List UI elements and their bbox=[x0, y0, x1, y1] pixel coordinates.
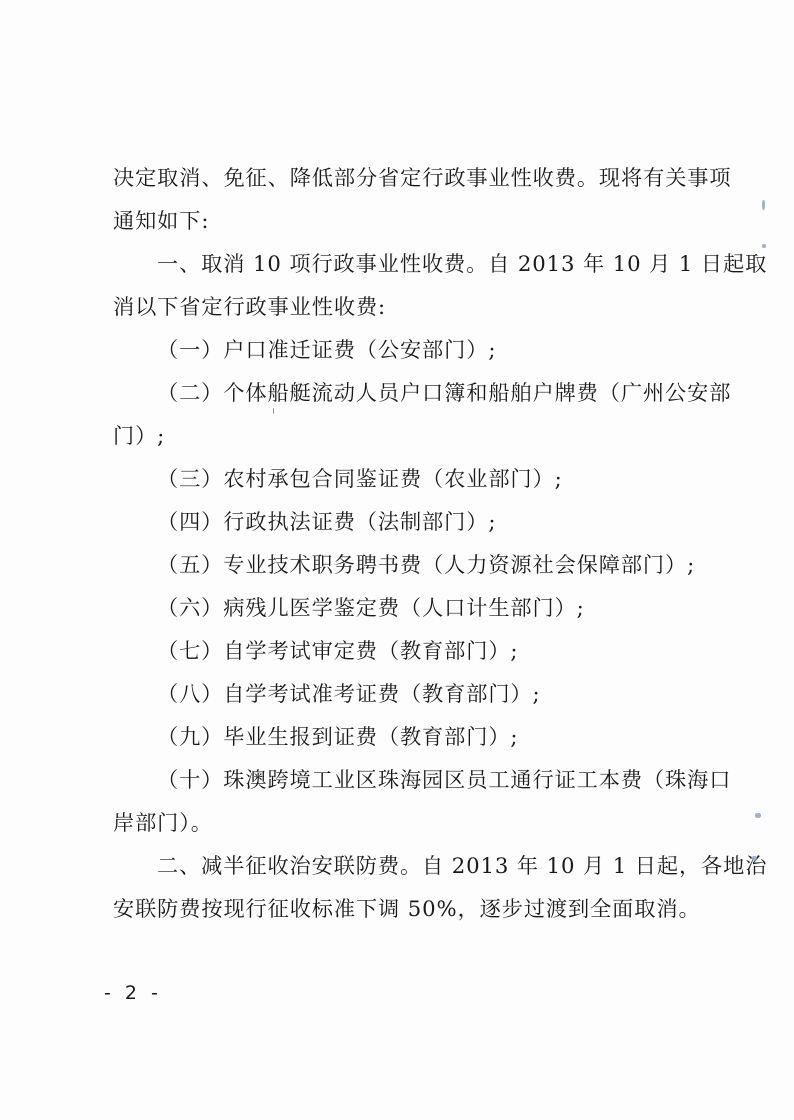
scan-speck bbox=[752, 856, 757, 861]
list-item-9: （九）毕业生报到证费（教育部门）; bbox=[157, 724, 717, 750]
list-item-7: （七）自学考试审定费（教育部门）; bbox=[157, 638, 717, 664]
list-item-2-cont: 门）; bbox=[113, 423, 673, 449]
list-item-3: （三）农村承包合同鉴证费（农业部门）; bbox=[157, 466, 717, 492]
paragraph-line: 决定取消、免征、降低部分省定行政事业性收费。现将有关事项 bbox=[113, 165, 673, 191]
list-item-4: （四）行政执法证费（法制部门）; bbox=[157, 509, 717, 535]
list-item-2: （二）个体船艇流动人员户口簿和船舶户牌费（广州公安部 bbox=[157, 380, 717, 406]
paragraph-line: 安联防费按现行征收标准下调 50%，逐步过渡到全面取消。 bbox=[113, 896, 673, 922]
list-item-8: （八）自学考试准考证费（教育部门）; bbox=[157, 681, 717, 707]
document-page: 决定取消、免征、降低部分省定行政事业性收费。现将有关事项 通知如下: 一、取消 … bbox=[0, 0, 794, 1120]
list-item-6: （六）病残儿医学鉴定费（人口计生部门）; bbox=[157, 595, 717, 621]
section-heading-2: 二、减半征收治安联防费。自 2013 年 10 月 1 日起，各地治 bbox=[157, 853, 717, 879]
list-item-10: （十）珠澳跨境工业区珠海园区员工通行证工本费（珠海口 bbox=[157, 767, 717, 793]
paragraph-line: 通知如下: bbox=[113, 208, 673, 234]
scan-speck bbox=[755, 813, 761, 818]
list-item-1: （一）户口准迁证费（公安部门）; bbox=[157, 337, 717, 363]
list-item-5: （五）专业技术职务聘书费（人力资源社会保障部门）; bbox=[157, 552, 717, 578]
scan-speck bbox=[762, 200, 765, 210]
section-heading-1: 一、取消 10 项行政事业性收费。自 2013 年 10 月 1 日起取 bbox=[157, 251, 717, 277]
scan-speck bbox=[762, 244, 766, 248]
paragraph-line: 消以下省定行政事业性收费: bbox=[113, 294, 673, 320]
list-item-10-cont: 岸部门）。 bbox=[113, 810, 673, 836]
page-number: - 2 - bbox=[104, 982, 162, 1004]
scan-speck bbox=[273, 408, 274, 414]
